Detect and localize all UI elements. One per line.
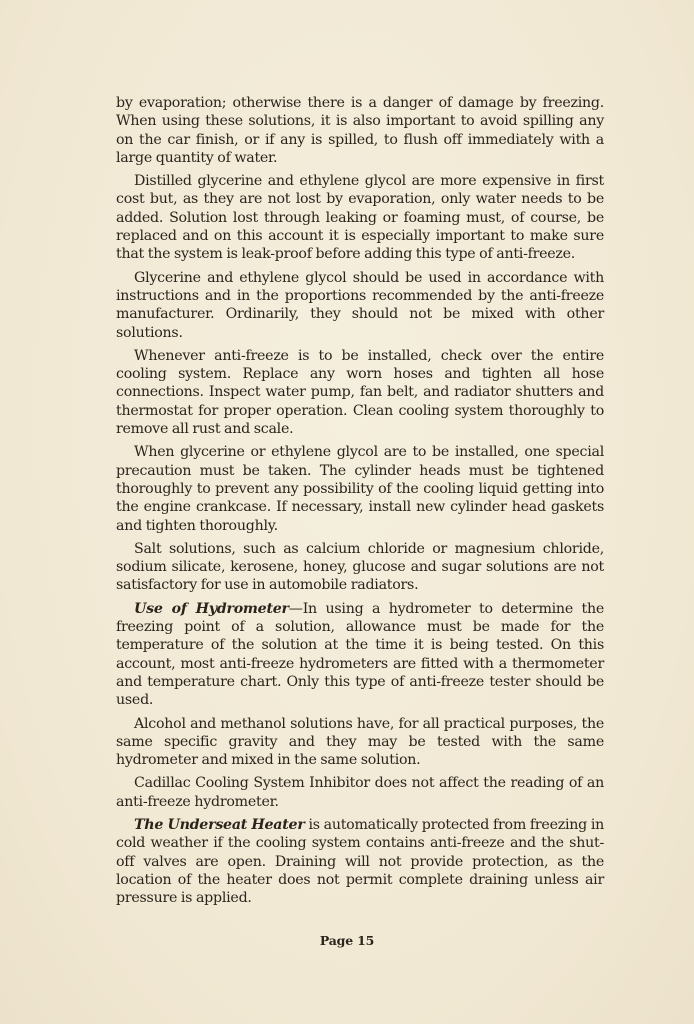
paragraph-text: Salt solutions, such as calcium chloride… bbox=[116, 541, 604, 594]
paragraph-cylinder-precaution: When glycerine or ethylene glycol are to… bbox=[116, 443, 604, 534]
paragraph-text: Distilled glycerine and ethylene glycol … bbox=[116, 173, 604, 262]
paragraph-text: Cadillac Cooling System Inhibitor does n… bbox=[116, 775, 604, 809]
paragraph-evaporation-continued: by evaporation; otherwise there is a dan… bbox=[116, 94, 604, 167]
run-in-heading-underseat-heater: The Underseat Heater bbox=[134, 817, 305, 833]
page-number: Page 15 bbox=[0, 933, 694, 948]
paragraph-glycerine-cost: Distilled glycerine and ethylene glycol … bbox=[116, 172, 604, 263]
paragraph-glycerine-usage: Glycerine and ethylene glycol should be … bbox=[116, 269, 604, 342]
paragraph-salt-solutions: Salt solutions, such as calcium chloride… bbox=[116, 540, 604, 595]
paragraph-inhibitor: Cadillac Cooling System Inhibitor does n… bbox=[116, 774, 604, 811]
paragraph-hydrometer: Use of Hydrometer—In using a hydrometer … bbox=[116, 600, 604, 710]
paragraph-text: Glycerine and ethylene glycol should be … bbox=[116, 270, 604, 341]
paragraph-cooling-check: Whenever anti-freeze is to be installed,… bbox=[116, 347, 604, 438]
paragraph-alcohol-methanol: Alcohol and methanol solutions have, for… bbox=[116, 715, 604, 770]
paragraph-text: by evaporation; otherwise there is a dan… bbox=[116, 95, 604, 166]
paragraph-text: When glycerine or ethylene glycol are to… bbox=[116, 444, 604, 533]
paragraph-text: Alcohol and methanol solutions have, for… bbox=[116, 716, 604, 769]
paragraph-text: Whenever anti-freeze is to be installed,… bbox=[116, 348, 604, 437]
run-in-heading-hydrometer: Use of Hydrometer bbox=[134, 601, 289, 617]
paragraph-underseat-heater: The Underseat Heater is automatically pr… bbox=[116, 816, 604, 907]
page-body: by evaporation; otherwise there is a dan… bbox=[116, 94, 604, 912]
